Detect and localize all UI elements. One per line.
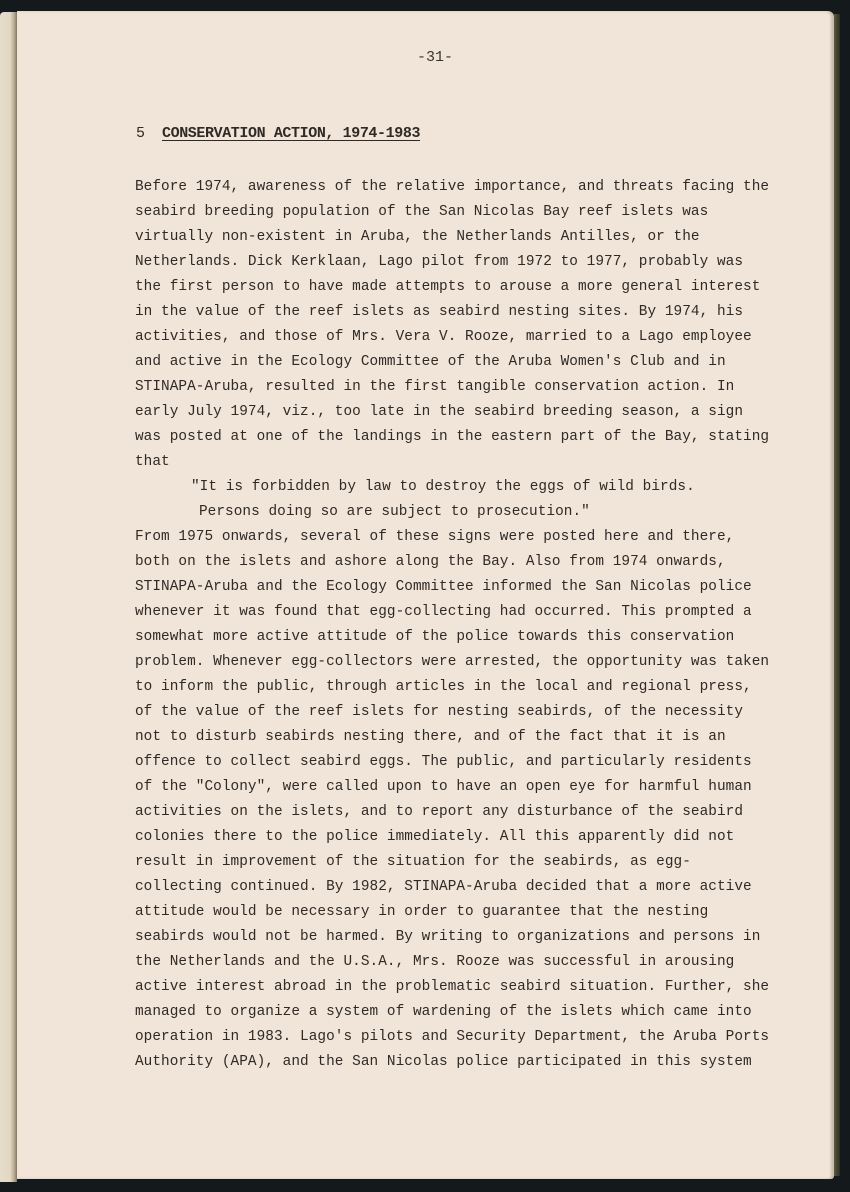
text-line: seabirds would not be harmed. By writing… [135,925,775,950]
text-line: that [135,450,775,475]
document-page: -31- 5CONSERVATION ACTION, 1974-1983 Bef… [17,11,834,1179]
text-line: was posted at one of the landings in the… [135,425,775,450]
text-line: activities on the islets, and to report … [135,800,775,825]
text-line: STINAPA-Aruba and the Ecology Committee … [135,575,775,600]
text-line: result in improvement of the situation f… [135,850,775,875]
section-title: CONSERVATION ACTION, 1974-1983 [162,125,420,142]
text-line: problem. Whenever egg-collectors were ar… [135,650,775,675]
text-line: virtually non-existent in Aruba, the Net… [135,225,775,250]
text-line: active interest abroad in the problemati… [135,975,775,1000]
text-line: Netherlands. Dick Kerklaan, Lago pilot f… [135,250,775,275]
left-page-edge [0,12,17,1182]
right-page-edge [834,14,840,1176]
text-line: attitude would be necessary in order to … [135,900,775,925]
text-line: to inform the public, through articles i… [135,675,775,700]
page-number: -31- [417,49,453,66]
text-line: colonies there to the police immediately… [135,825,775,850]
text-line: in the value of the reef islets as seabi… [135,300,775,325]
text-line: Authority (APA), and the San Nicolas pol… [135,1050,775,1075]
text-line: From 1975 onwards, several of these sign… [135,525,775,550]
text-line: of the "Colony", were called upon to hav… [135,775,775,800]
text-line: operation in 1983. Lago's pilots and Sec… [135,1025,775,1050]
text-line: the first person to have made attempts t… [135,275,775,300]
text-line: the Netherlands and the U.S.A., Mrs. Roo… [135,950,775,975]
text-line: activities, and those of Mrs. Vera V. Ro… [135,325,775,350]
text-line: not to disturb seabirds nesting there, a… [135,725,775,750]
text-line: offence to collect seabird eggs. The pub… [135,750,775,775]
text-line: STINAPA-Aruba, resulted in the first tan… [135,375,775,400]
quote-line: "It is forbidden by law to destroy the e… [135,475,775,500]
text-line: of the value of the reef islets for nest… [135,700,775,725]
quote-line: Persons doing so are subject to prosecut… [135,500,775,525]
text-line: early July 1974, viz., too late in the s… [135,400,775,425]
text-line: and active in the Ecology Committee of t… [135,350,775,375]
section-number: 5 [136,125,162,142]
section-heading: 5CONSERVATION ACTION, 1974-1983 [136,125,420,142]
text-line: seabird breeding population of the San N… [135,200,775,225]
text-line: Before 1974, awareness of the relative i… [135,175,775,200]
text-line: both on the islets and ashore along the … [135,550,775,575]
text-line: collecting continued. By 1982, STINAPA-A… [135,875,775,900]
body-text: Before 1974, awareness of the relative i… [135,175,775,1075]
text-line: managed to organize a system of wardenin… [135,1000,775,1025]
text-line: somewhat more active attitude of the pol… [135,625,775,650]
text-line: whenever it was found that egg-collectin… [135,600,775,625]
